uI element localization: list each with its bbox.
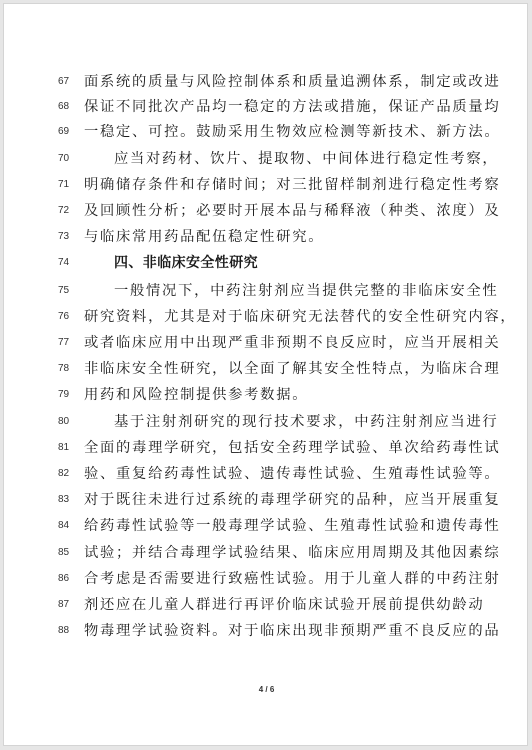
line-text: 剂还应在儿童人群进行再评价临床试验开展前提供幼龄动: [84, 593, 454, 617]
line-number: 85: [58, 547, 69, 558]
text-line: 88物毒理学试验资料。对于临床出现非预期严重不良反应的品: [4, 619, 529, 645]
text-line: 86合考虑是否需要进行致癌性试验。用于儿童人群的中药注射: [4, 567, 529, 593]
line-number: 74: [58, 257, 69, 268]
text-line: 83对于既往未进行过系统的毒理学研究的品种，应当开展重复: [4, 488, 529, 514]
text-line: 75一般情况下，中药注射剂应当提供完整的非临床安全性: [4, 279, 529, 305]
line-text: 与临床常用药品配伍稳定性研究。: [84, 225, 454, 249]
line-text: 研究资料，尤其是对于临床研究无法替代的安全性研究内容，: [84, 305, 454, 329]
line-text: 基于注射剂研究的现行技术要求，中药注射剂应当进行: [84, 410, 484, 434]
text-line: 81全面的毒理学研究，包括安全药理学试验、单次给药毒性试: [4, 436, 529, 462]
line-number: 73: [58, 231, 69, 242]
line-number: 78: [58, 363, 69, 374]
text-line: 87剂还应在儿童人群进行再评价临床试验开展前提供幼龄动: [4, 593, 529, 619]
line-text: 物毒理学试验资料。对于临床出现非预期严重不良反应的品: [84, 619, 454, 643]
line-number: 71: [58, 179, 69, 190]
line-number: 76: [58, 311, 69, 322]
text-line: 84给药毒性试验等一般毒理学试验、生殖毒性试验和遗传毒性: [4, 514, 529, 540]
line-text: 一稳定、可控。鼓励采用生物效应检测等新技术、新方法。: [84, 120, 454, 144]
text-line: 82验、重复给药毒性试验、遗传毒性试验、生殖毒性试验等。: [4, 462, 529, 488]
line-number: 72: [58, 205, 69, 216]
line-text: 全面的毒理学研究，包括安全药理学试验、单次给药毒性试: [84, 436, 454, 460]
line-text: 用药和风险控制提供参考数据。: [84, 383, 454, 407]
line-text: 给药毒性试验等一般毒理学试验、生殖毒性试验和遗传毒性: [84, 514, 454, 538]
line-number: 79: [58, 389, 69, 400]
line-number: 83: [58, 494, 69, 505]
line-number: 70: [58, 153, 69, 164]
text-line: 85试验；并结合毒理学试验结果、临床应用周期及其他因素综: [4, 541, 529, 567]
text-line: 80基于注射剂研究的现行技术要求，中药注射剂应当进行: [4, 410, 529, 436]
line-number: 86: [58, 573, 69, 584]
line-number: 84: [58, 520, 69, 531]
text-line: 76研究资料，尤其是对于临床研究无法替代的安全性研究内容，: [4, 305, 529, 331]
text-line: 70应当对药材、饮片、提取物、中间体进行稳定性考察，: [4, 147, 529, 173]
text-line: 72及回顾性分析；必要时开展本品与稀释液（种类、浓度）及: [4, 199, 529, 225]
line-text: 明确储存条件和存储时间；对三批留样制剂进行稳定性考察: [84, 173, 454, 197]
section-heading-line: 74四、非临床安全性研究: [4, 251, 529, 277]
line-number: 77: [58, 337, 69, 348]
section-heading: 四、非临床安全性研究: [84, 251, 484, 275]
text-line: 68保证不同批次产品均一稳定的方法或措施，保证产品质量均: [4, 95, 529, 121]
line-number: 69: [58, 126, 69, 137]
line-number: 80: [58, 416, 69, 427]
line-number: 67: [58, 76, 69, 87]
document-page: 67面系统的质量与风险控制体系和质量追溯体系，制定或改进68保证不同批次产品均一…: [3, 3, 528, 746]
line-text: 应当对药材、饮片、提取物、中间体进行稳定性考察，: [84, 147, 484, 171]
line-text: 保证不同批次产品均一稳定的方法或措施，保证产品质量均: [84, 95, 454, 119]
line-number: 68: [58, 101, 69, 112]
text-line: 79用药和风险控制提供参考数据。: [4, 383, 529, 409]
line-number: 87: [58, 599, 69, 610]
text-line: 73与临床常用药品配伍稳定性研究。: [4, 225, 529, 251]
text-line: 71明确储存条件和存储时间；对三批留样制剂进行稳定性考察: [4, 173, 529, 199]
line-text: 及回顾性分析；必要时开展本品与稀释液（种类、浓度）及: [84, 199, 454, 223]
line-number: 88: [58, 625, 69, 636]
text-line: 67面系统的质量与风险控制体系和质量追溯体系，制定或改进: [4, 70, 529, 96]
line-text: 非临床安全性研究，以全面了解其安全性特点，为临床合理: [84, 357, 454, 381]
line-number: 81: [58, 442, 69, 453]
text-line: 77或者临床应用中出现严重非预期不良反应时，应当开展相关: [4, 331, 529, 357]
line-number: 82: [58, 468, 69, 479]
text-line: 78非临床安全性研究，以全面了解其安全性特点，为临床合理: [4, 357, 529, 383]
line-number: 75: [58, 285, 69, 296]
line-text: 一般情况下，中药注射剂应当提供完整的非临床安全性: [84, 279, 484, 303]
text-line: 69一稳定、可控。鼓励采用生物效应检测等新技术、新方法。: [4, 120, 529, 146]
line-text: 面系统的质量与风险控制体系和质量追溯体系，制定或改进: [84, 70, 454, 94]
line-text: 试验；并结合毒理学试验结果、临床应用周期及其他因素综: [84, 541, 454, 565]
page-number: 4 / 6: [4, 685, 529, 694]
line-text: 合考虑是否需要进行致癌性试验。用于儿童人群的中药注射: [84, 567, 454, 591]
line-text: 验、重复给药毒性试验、遗传毒性试验、生殖毒性试验等。: [84, 462, 454, 486]
line-text: 对于既往未进行过系统的毒理学研究的品种，应当开展重复: [84, 488, 454, 512]
line-text: 或者临床应用中出现严重非预期不良反应时，应当开展相关: [84, 331, 454, 355]
